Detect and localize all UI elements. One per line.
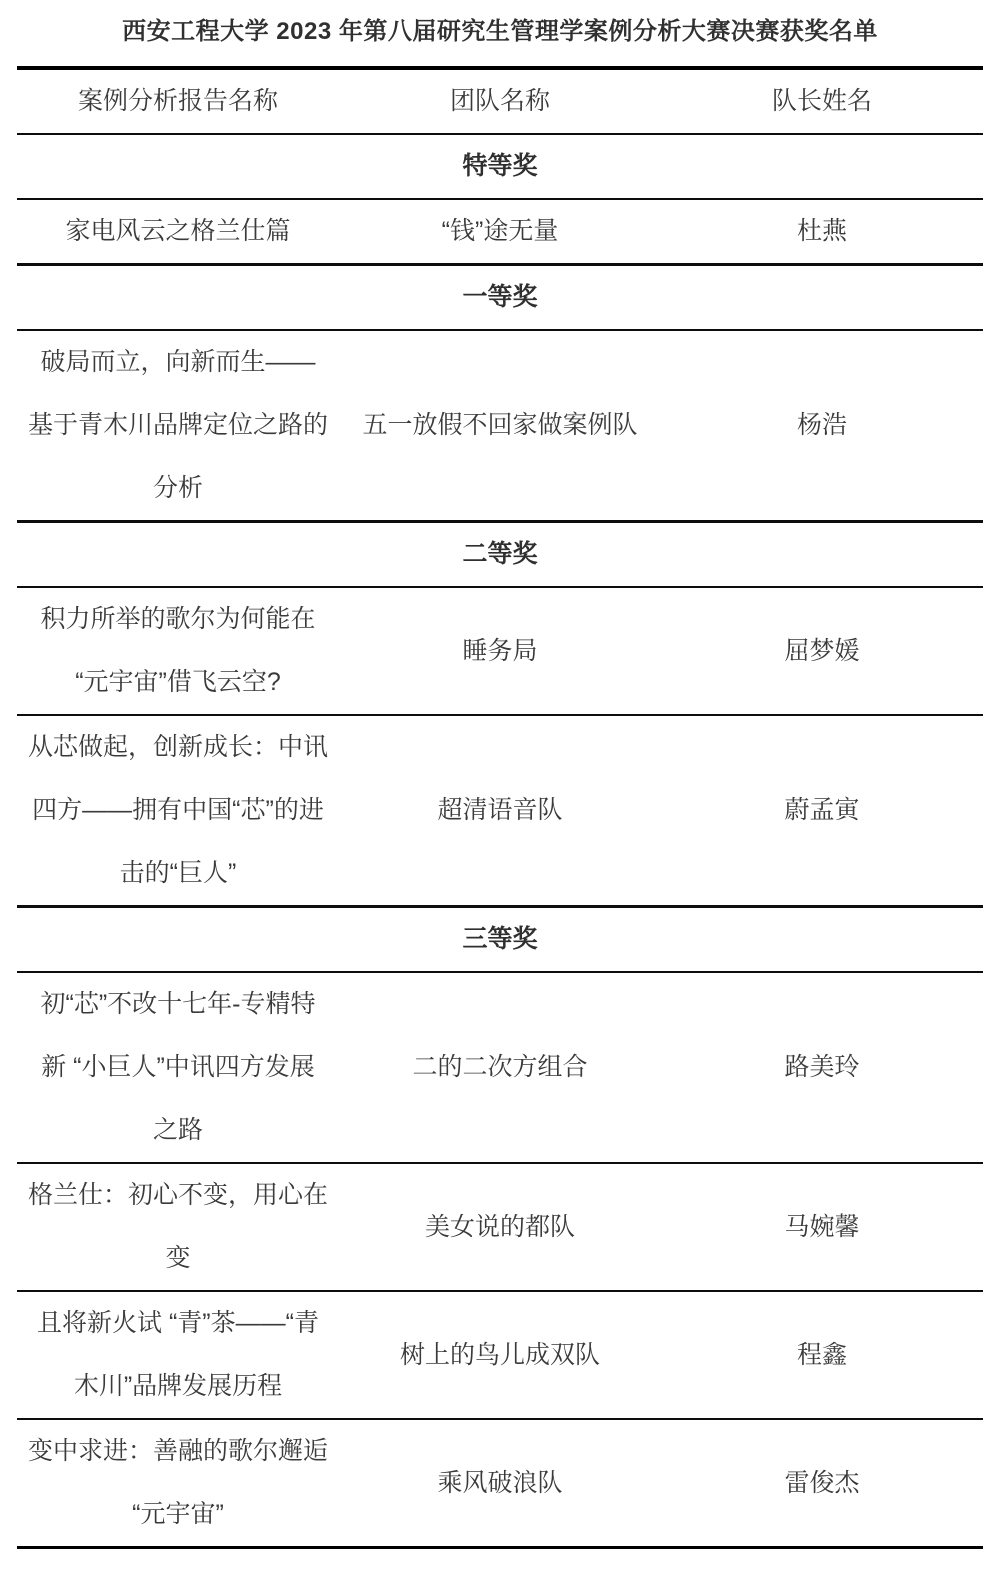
- column-header-report: 案例分析报告名称: [17, 68, 339, 134]
- award-document: 西安工程大学 2023 年第八届研究生管理学案例分析大赛决赛获奖名单 案例分析报…: [17, 0, 983, 1549]
- page-title: 西安工程大学 2023 年第八届研究生管理学案例分析大赛决赛获奖名单: [17, 0, 983, 66]
- award-section-title: 一等奖: [17, 265, 983, 331]
- award-section-row: 一等奖: [17, 265, 983, 331]
- leader-name-cell: 马婉馨: [661, 1163, 983, 1291]
- award-section-row: 特等奖: [17, 134, 983, 199]
- winner-row: 且将新火试 “青”茶——“青 木川”品牌发展历程树上的鸟儿成双队程鑫: [17, 1291, 983, 1419]
- team-name-cell: 超清语音队: [339, 715, 661, 907]
- report-name-cell: 积力所举的歌尔为何能在 “元宇宙”借飞云空?: [17, 587, 339, 715]
- column-header-leader: 队长姓名: [661, 68, 983, 134]
- team-name-cell: 睡务局: [339, 587, 661, 715]
- report-name-cell: 从芯做起，创新成长：中讯 四方——拥有中国“芯”的进 击的“巨人”: [17, 715, 339, 907]
- award-table: 案例分析报告名称 团队名称 队长姓名 特等奖家电风云之格兰仕篇“钱”途无量杜燕一…: [17, 66, 983, 1549]
- column-header-team: 团队名称: [339, 68, 661, 134]
- column-header-row: 案例分析报告名称 团队名称 队长姓名: [17, 68, 983, 134]
- award-section-row: 三等奖: [17, 907, 983, 973]
- report-name-cell: 初“芯”不改十七年-专精特 新 “小巨人”中讯四方发展 之路: [17, 972, 339, 1163]
- report-name-cell: 变中求进：善融的歌尔邂逅 “元宇宙”: [17, 1419, 339, 1548]
- leader-name-cell: 蔚孟寅: [661, 715, 983, 907]
- team-name-cell: 美女说的都队: [339, 1163, 661, 1291]
- team-name-cell: 二的二次方组合: [339, 972, 661, 1163]
- team-name-cell: 五一放假不回家做案例队: [339, 330, 661, 522]
- report-name-cell: 格兰仕：初心不变，用心在 变: [17, 1163, 339, 1291]
- leader-name-cell: 屈梦媛: [661, 587, 983, 715]
- award-section-title: 特等奖: [17, 134, 983, 199]
- winner-row: 变中求进：善融的歌尔邂逅 “元宇宙”乘风破浪队雷俊杰: [17, 1419, 983, 1548]
- leader-name-cell: 雷俊杰: [661, 1419, 983, 1548]
- leader-name-cell: 程鑫: [661, 1291, 983, 1419]
- team-name-cell: 树上的鸟儿成双队: [339, 1291, 661, 1419]
- report-name-cell: 破局而立，向新而生—— 基于青木川品牌定位之路的 分析: [17, 330, 339, 522]
- award-section-title: 三等奖: [17, 907, 983, 973]
- leader-name-cell: 路美玲: [661, 972, 983, 1163]
- winner-row: 破局而立，向新而生—— 基于青木川品牌定位之路的 分析五一放假不回家做案例队杨浩: [17, 330, 983, 522]
- winner-row: 从芯做起，创新成长：中讯 四方——拥有中国“芯”的进 击的“巨人”超清语音队蔚孟…: [17, 715, 983, 907]
- award-section-row: 二等奖: [17, 522, 983, 588]
- report-name-cell: 且将新火试 “青”茶——“青 木川”品牌发展历程: [17, 1291, 339, 1419]
- leader-name-cell: 杜燕: [661, 199, 983, 265]
- team-name-cell: 乘风破浪队: [339, 1419, 661, 1548]
- winner-row: 格兰仕：初心不变，用心在 变美女说的都队马婉馨: [17, 1163, 983, 1291]
- team-name-cell: “钱”途无量: [339, 199, 661, 265]
- report-name-cell: 家电风云之格兰仕篇: [17, 199, 339, 265]
- winner-row: 积力所举的歌尔为何能在 “元宇宙”借飞云空?睡务局屈梦媛: [17, 587, 983, 715]
- winner-row: 初“芯”不改十七年-专精特 新 “小巨人”中讯四方发展 之路二的二次方组合路美玲: [17, 972, 983, 1163]
- winner-row: 家电风云之格兰仕篇“钱”途无量杜燕: [17, 199, 983, 265]
- award-section-title: 二等奖: [17, 522, 983, 588]
- leader-name-cell: 杨浩: [661, 330, 983, 522]
